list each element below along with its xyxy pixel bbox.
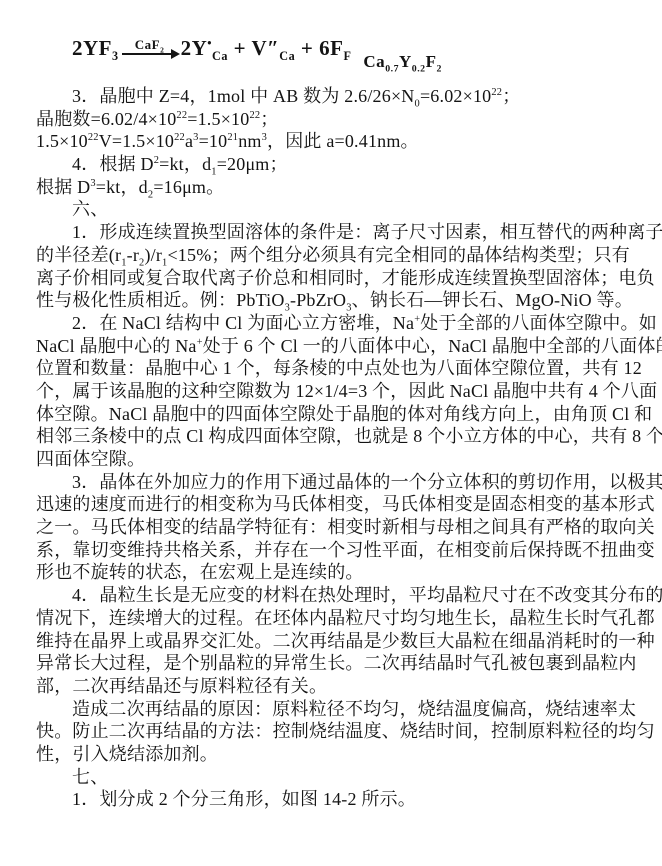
text-block: 3．晶胞中 Z=4，1mol 中 AB 数为 2.6/26×N0=6.02×10…: [36, 85, 632, 811]
text-line: 晶胞数=6.02/4×1022=1.5×1022；: [36, 108, 632, 131]
text-line: 3．晶胞中 Z=4，1mol 中 AB 数为 2.6/26×N0=6.02×10…: [36, 85, 632, 108]
reaction-arrow-label: CaF2: [135, 38, 165, 51]
text-line: 性，引入烧结添加剂。: [36, 743, 632, 766]
text-line: 形也不旋转的状态，在宏观上是连续的。: [36, 561, 632, 584]
text-line: 离子价相同或复合取代离子价总和相同时，才能形成连续置换型固溶体；电负: [36, 267, 632, 290]
text-line: 七、: [36, 766, 632, 789]
text-line: 维持在晶界上或晶界交汇处。二次再结晶是少数巨大晶粒在细晶消耗时的一种: [36, 630, 632, 653]
text-line: 六、: [36, 198, 632, 221]
text-line: 系，靠切变维持共格关系，并存在一个习性平面，在相变前后保持既不扭曲变: [36, 539, 632, 562]
text-line: 根据 D3=kt，d2=16μm。: [36, 176, 632, 199]
text-line: 位置和数量：晶胞中心 1 个，每条棱的中点处也为八面体空隙位置，共有 12: [36, 357, 632, 380]
reaction-arrow: CaF2: [122, 38, 178, 55]
text-line: 的半径差(r1-r2)/r1<15%；两个组分必须具有完全相同的晶体结构类型；只…: [36, 244, 632, 267]
text-line: 迅速的速度而进行的相变称为马氏体相变，马氏体相变是固态相变的基本形式: [36, 493, 632, 516]
text-line: 造成二次再结晶的原因：原料粒径不均匀，烧结温度偏高，烧结速率太: [36, 698, 632, 721]
text-line: 性与极化性质相近。例：PbTiO3-PbZrO3、钠长石—钾长石、MgO-NiO…: [36, 289, 632, 312]
text-line: 部，二次再结晶还与原料粒径有关。: [36, 675, 632, 698]
equation-lhs: 2YF3: [72, 36, 119, 61]
text-line: 情况下，连续增大的过程。在坯体内晶粒尺寸均匀地生长，晶粒生长时气孔都: [36, 607, 632, 630]
text-line: 个，属于该晶胞的这种空隙数为 12×1/4=3 个，因此 NaCl 晶胞中共有 …: [36, 380, 632, 403]
text-line: 4．根据 D2=kt，d1=20μm；: [36, 153, 632, 176]
text-line: 相邻三条棱中的点 Cl 构成四面体空隙，也就是 8 个小立方体的中心，共有 8 …: [36, 425, 632, 448]
text-line: 3．晶体在外加应力的作用下通过晶体的一个分立体积的剪切作用，以极其: [36, 471, 632, 494]
text-line: 异常长大过程，是个别晶粒的异常生长。二次再结晶时气孔被包裹到晶粒内: [36, 652, 632, 675]
text-line: 1.5×1022V=1.5×1022a3=1021nm3，因此 a=0.41nm…: [36, 130, 632, 153]
text-line: 之一。马氏体相变的结晶学特征有：相变时新相与母相之间具有严格的取向关: [36, 516, 632, 539]
text-line: 体空隙。NaCl 晶胞中的四面体空隙处于晶胞的体对角线方向上，由角顶 Cl 和: [36, 403, 632, 426]
equation-product-label: Ca0.7Y0.2F2: [363, 52, 442, 72]
text-line: 快。防止二次再结晶的方法：控制烧结温度、烧结时间，控制原料粒径的均匀: [36, 720, 632, 743]
chemical-equation: 2YF3 CaF2 2Y•Ca + V″Ca + 6FF Ca0.7Y0.2F2: [72, 36, 442, 61]
text-line: 1．形成连续置换型固溶体的条件是：离子尺寸因素，相互替代的两种离子: [36, 221, 632, 244]
text-line: 4．晶粒生长是无应变的材料在热处理时，平均晶粒尺寸在不改变其分布的: [36, 584, 632, 607]
right-arrow-icon: [122, 53, 178, 55]
text-line: 1．划分成 2 个分三角形，如图 14-2 所示。: [36, 788, 632, 811]
text-line: NaCl 晶胞中心的 Na+处于 6 个 Cl 一的八面体中心，NaCl 晶胞中…: [36, 335, 632, 358]
equation-rhs: 2Y•Ca + V″Ca + 6FF: [181, 36, 352, 61]
document-page: 2YF3 CaF2 2Y•Ca + V″Ca + 6FF Ca0.7Y0.2F2…: [0, 0, 662, 866]
text-line: 四面体空隙。: [36, 448, 632, 471]
text-line: 2．在 NaCl 结构中 Cl 为面心立方密堆，Na+处于全部的八面体空隙中。如: [36, 312, 632, 335]
